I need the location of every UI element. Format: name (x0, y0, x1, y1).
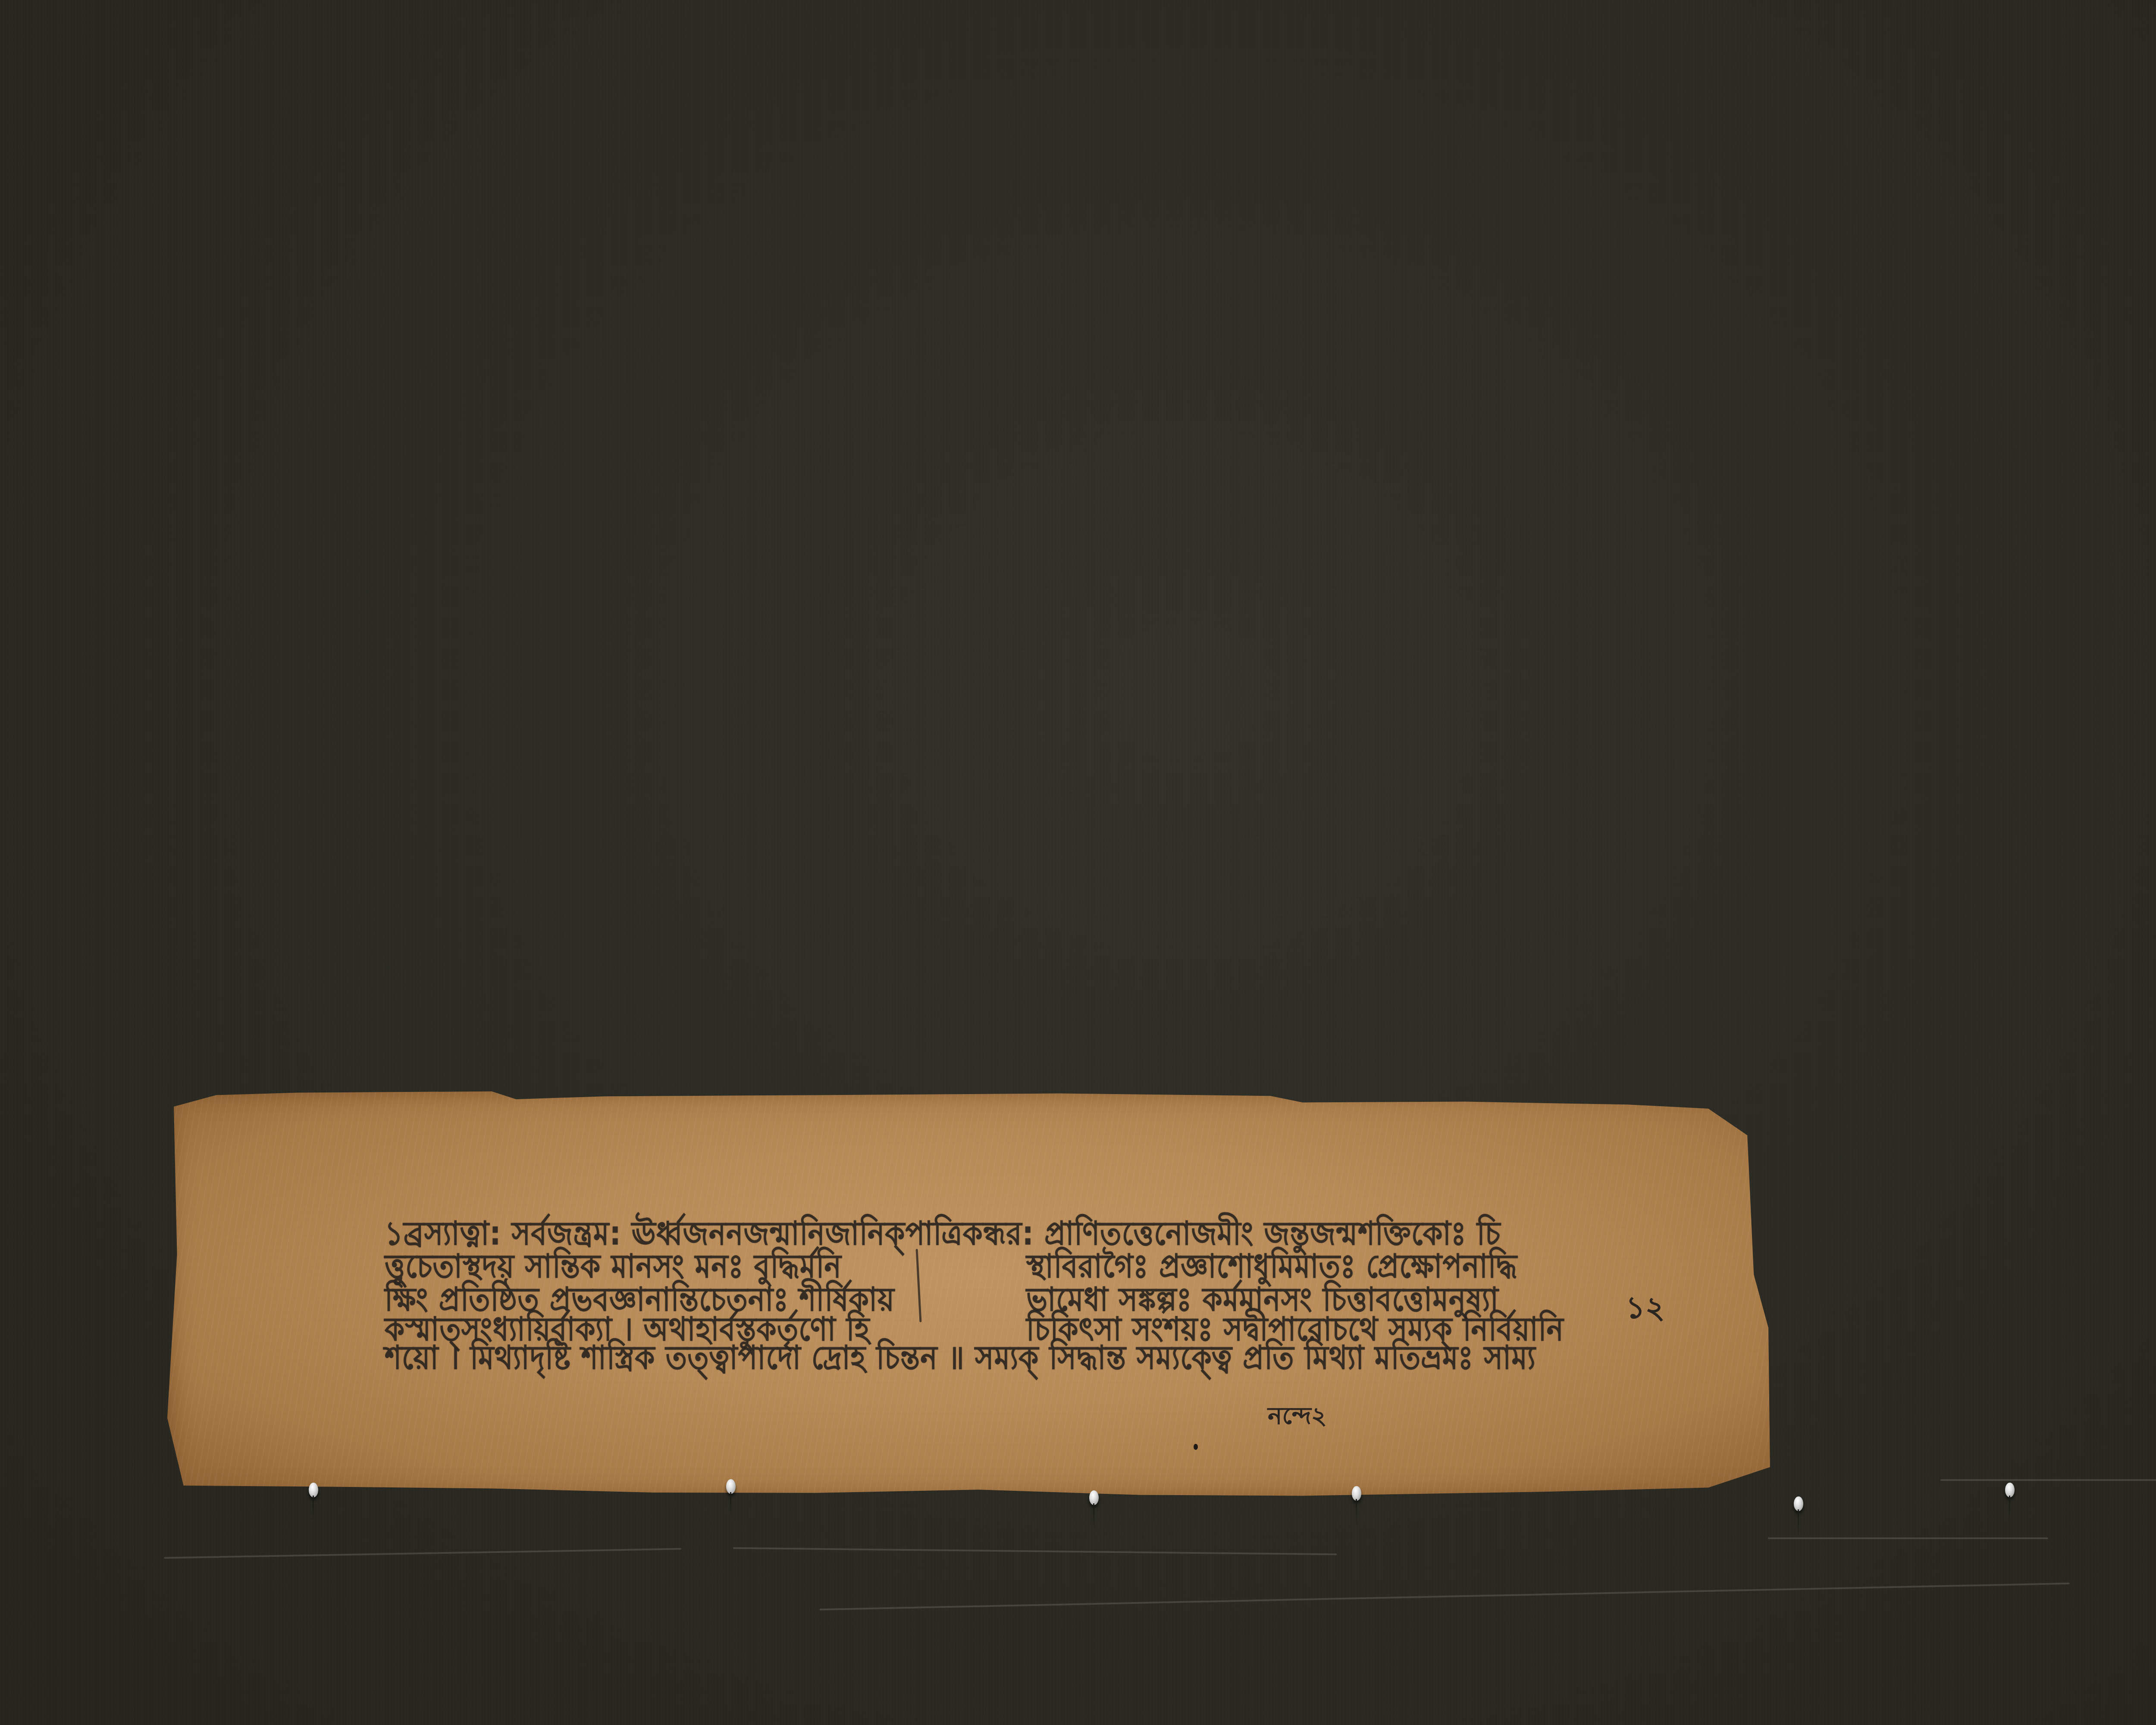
manuscript-folio: ১ব্রস্যাত্না: সর্বজন্ত্রম: ঊর্ধ্বজননজন্ম… (167, 1090, 1789, 1500)
mounting-pin (1089, 1490, 1099, 1505)
manuscript-line-5: শয়ো । মিথ্যাদৃষ্টি শাস্ত্রিক তত্ত্বাপাদ… (385, 1342, 1536, 1374)
mounting-pin (2005, 1483, 2015, 1497)
mounting-pin (726, 1479, 736, 1494)
mounting-pin (1794, 1496, 1803, 1511)
colophon-mark: নন্দে২ (1268, 1397, 1327, 1438)
mounting-pin (309, 1483, 318, 1497)
board-scratch (1940, 1479, 2156, 1481)
ink-spot (1194, 1444, 1198, 1450)
mounting-pin (1352, 1486, 1361, 1501)
folio-number: ১২ (1626, 1284, 1665, 1335)
manuscript-line-2-right: স্থাবিরাগৈঃ প্রজ্ঞাশোধুমিমাতঃ প্রেক্ষোপন… (1026, 1250, 1517, 1283)
manuscript-line-2-left: ত্তুচেতাস্থদয় সান্তিক মানসং মনঃ বুদ্ধির… (385, 1250, 842, 1283)
manuscript-line-1: ১ব্রস্যাত্না: সর্বজন্ত্রম: ঊর্ধ্বজননজন্ম… (385, 1217, 1501, 1250)
board-scratch (1768, 1537, 2048, 1539)
